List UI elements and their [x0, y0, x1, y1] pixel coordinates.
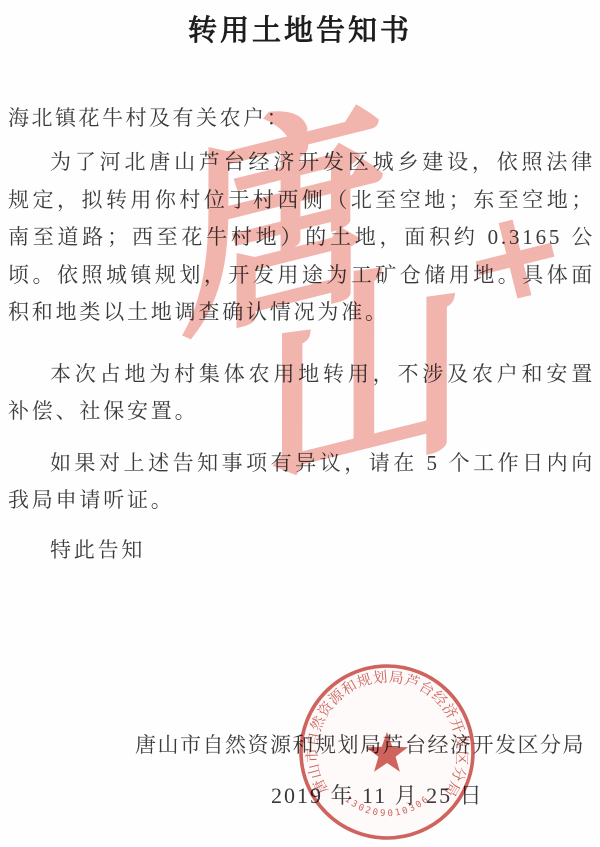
- paragraph-land-conversion-details: 为了河北唐山芦台经济开发区城乡建设，依照法律规定，拟转用你村位于村西侧（北至空地…: [8, 144, 595, 332]
- salutation-line: 海北镇花牛村及有关农户：: [8, 103, 595, 133]
- paragraph-compensation-note: 本次占地为村集体农用地转用，不涉及农户和安置补偿、社保安置。: [8, 356, 595, 431]
- issuer-signature: 唐山市自然资源和规划局芦台经济开发区分局: [135, 729, 585, 759]
- document-title: 转用土地告知书: [0, 0, 600, 49]
- scanned-notice-document: 转用土地告知书 海北镇花牛村及有关农户： 为了河北唐山芦台经济开发区城乡建设，依…: [0, 0, 600, 847]
- issue-date: 2019 年 11 月 25 日: [271, 779, 484, 810]
- paragraph-hearing-rights: 如果对上述告知事项有异议，请在 5 个工作日内向我局申请听证。: [8, 445, 595, 520]
- paragraph-closing-statement: 特此告知: [8, 532, 595, 570]
